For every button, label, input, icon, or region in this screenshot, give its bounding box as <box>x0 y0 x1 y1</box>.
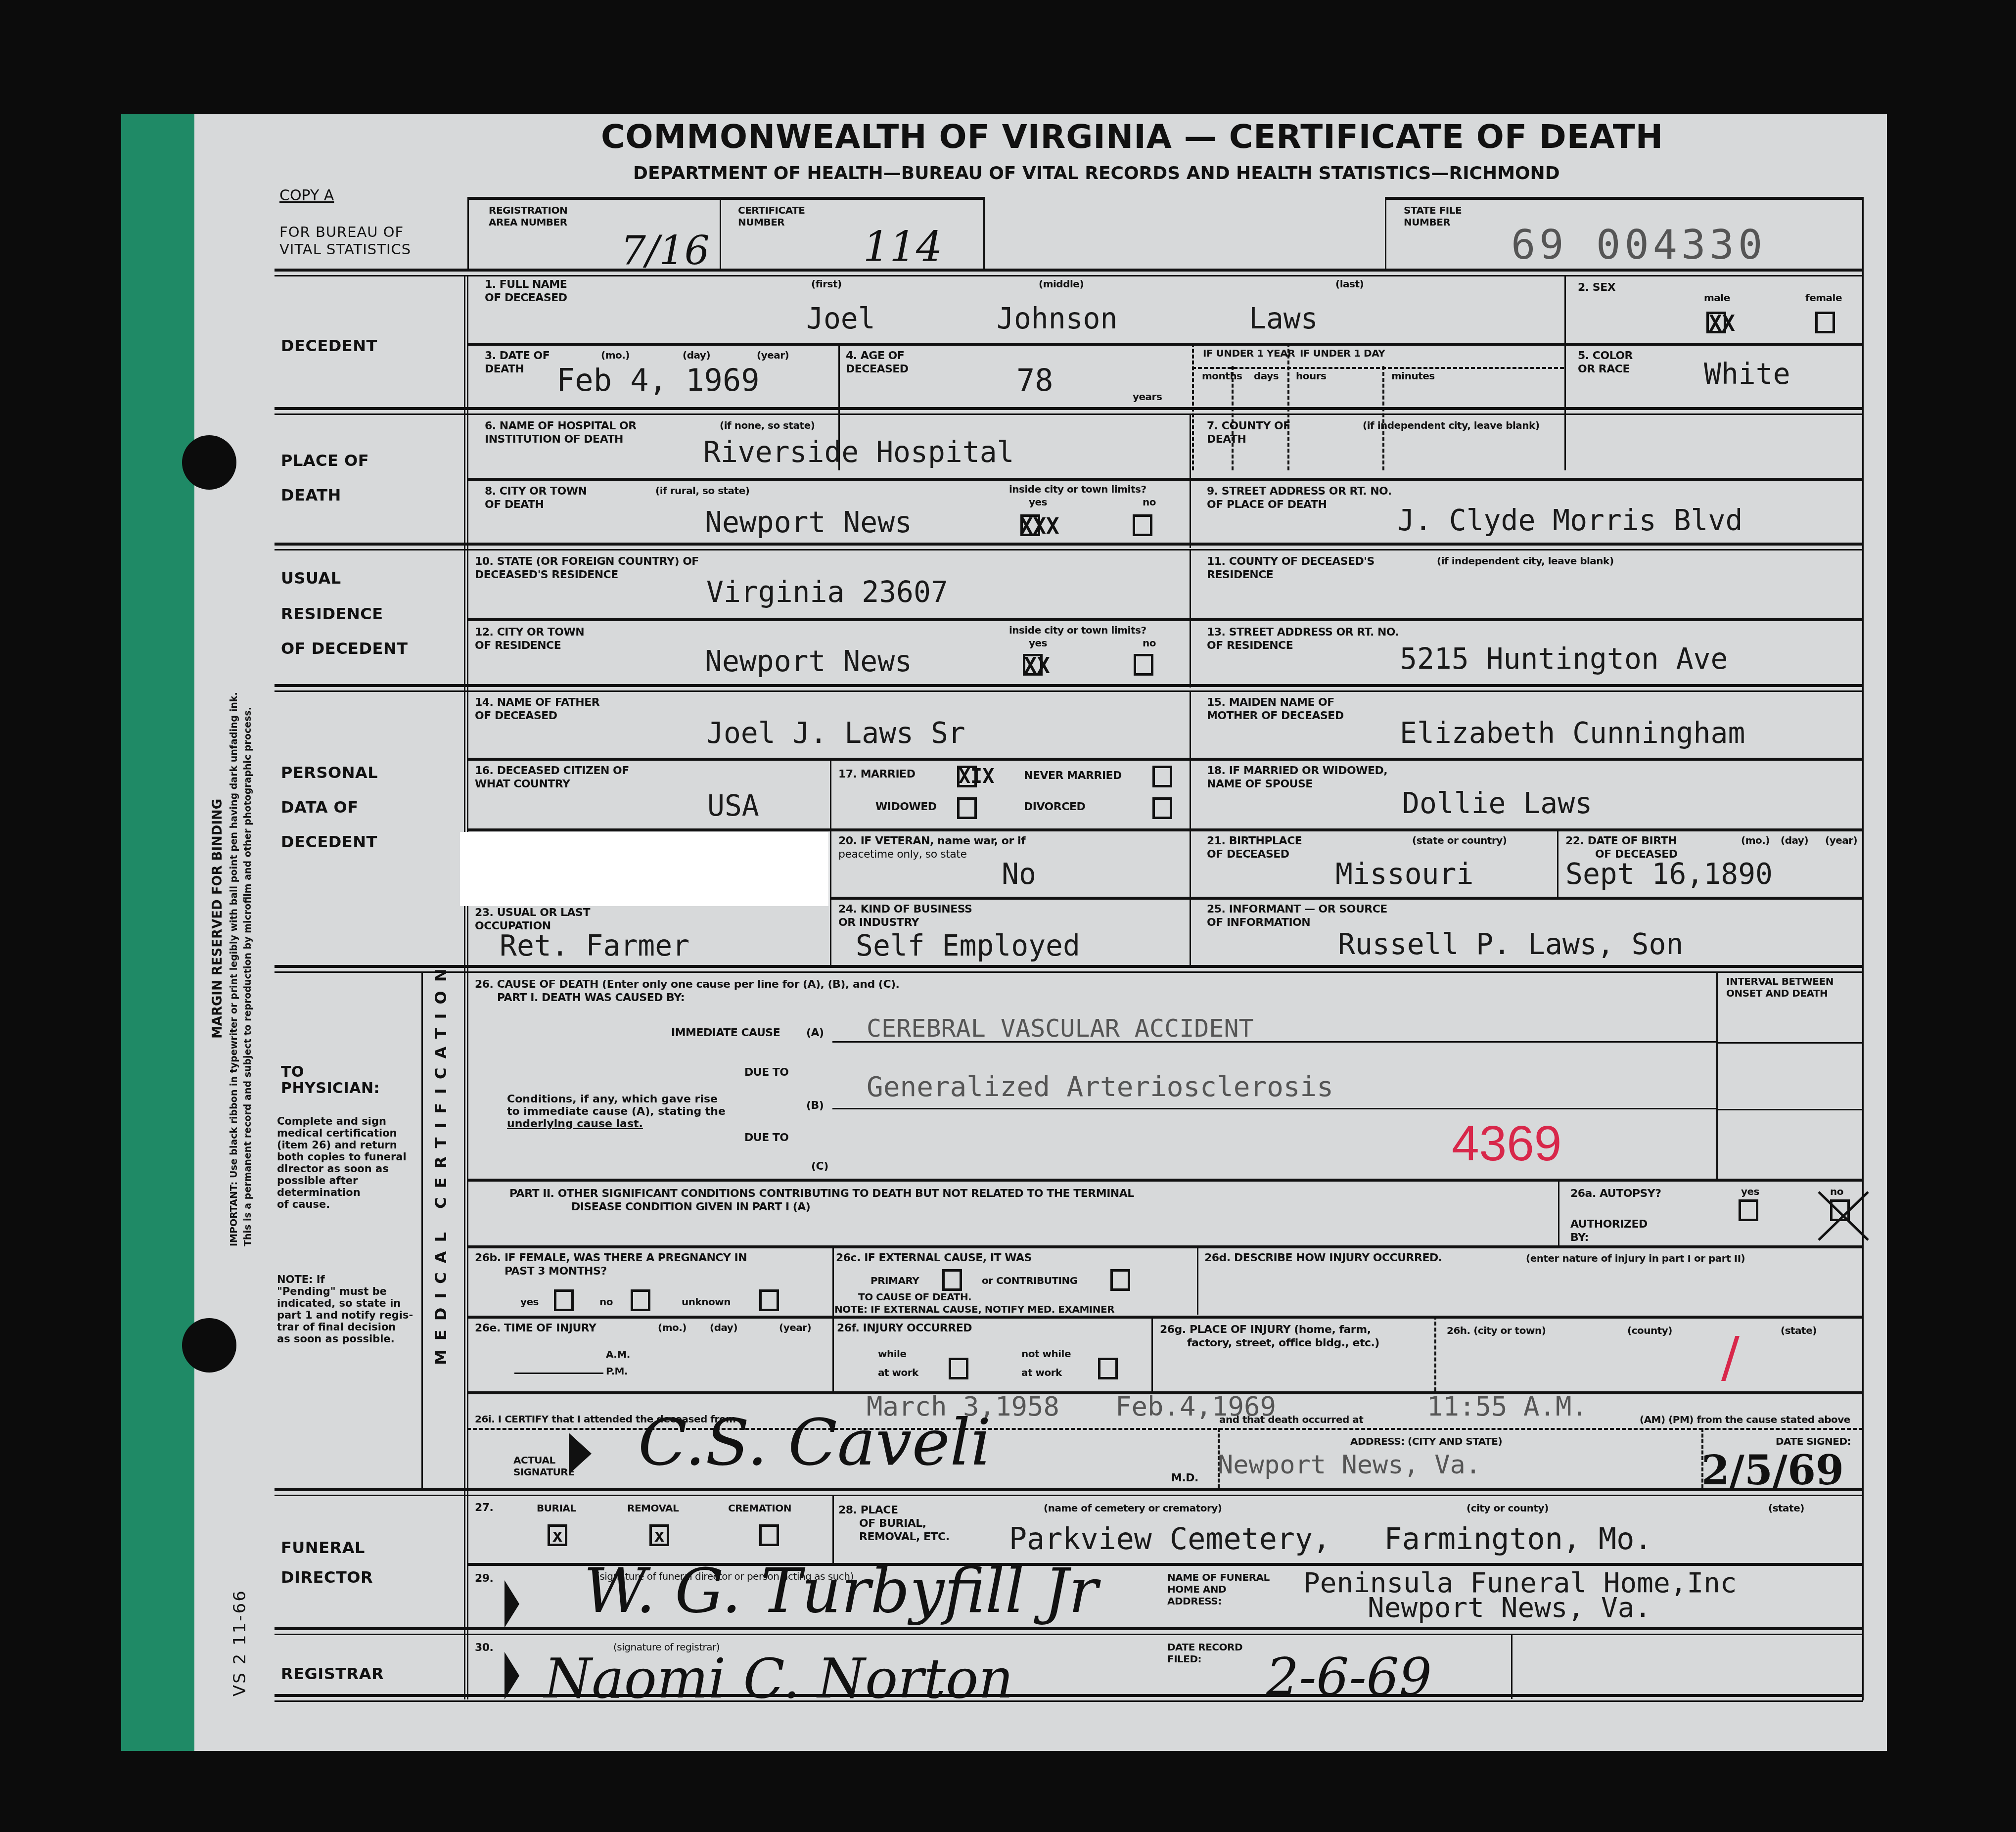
date-signed-value: 2/5/69 <box>1701 1447 1844 1494</box>
street-of-death-label: 9. STREET ADDRESS OR RT. NO.OF PLACE OF … <box>1207 485 1392 511</box>
x-mark-icon <box>1814 1188 1873 1242</box>
residence-inside-limits-yes-checkbox[interactable]: XX <box>1023 654 1043 676</box>
rule <box>275 1634 1863 1635</box>
rule <box>467 758 1863 761</box>
full-name-label: 1. FULL NAMEOF DECEASED <box>485 278 567 305</box>
section-place-of: PLACE OF <box>281 451 369 470</box>
no-label: no <box>1143 637 1156 649</box>
informant-label: 25. INFORMANT — OR SOURCEOF INFORMATION <box>1207 903 1387 929</box>
spouse-label: 18. IF MARRIED OR WIDOWED,NAME OF SPOUSE <box>1207 764 1387 791</box>
state-file-box-top <box>1385 197 1862 200</box>
registration-area-value: 7/16 <box>621 228 710 274</box>
divider <box>1151 1316 1153 1391</box>
inside-limits-no-checkbox[interactable] <box>1133 514 1152 536</box>
years-unit: years <box>1133 391 1162 403</box>
first-name-value[interactable]: Joel <box>806 302 875 335</box>
birth-year-hint: (year) <box>1825 834 1857 846</box>
rule <box>275 543 1863 546</box>
am-pm-label: (AM) (PM) from the cause stated above <box>1640 1414 1850 1425</box>
redacted-field-19 <box>460 832 828 906</box>
divorced-checkbox[interactable] <box>1152 797 1172 819</box>
days-label: days <box>1254 370 1279 382</box>
divider <box>1385 197 1386 269</box>
rule <box>275 1694 1863 1697</box>
county-residence-label: 11. COUNTY OF DECEASED'SRESIDENCE <box>1207 555 1375 582</box>
injury-year-hint: (year) <box>779 1322 811 1333</box>
certificate-title: COMMONWEALTH OF VIRGINIA — CERTIFICATE O… <box>601 118 1663 156</box>
residence-inside-limits-no-checkbox[interactable] <box>1134 654 1153 676</box>
while-at-work-checkbox[interactable] <box>949 1358 968 1379</box>
last-name-value[interactable]: Laws <box>1249 302 1318 335</box>
cause-b-line <box>832 1108 1718 1109</box>
section-to: TO <box>281 1063 304 1081</box>
primary-label: PRIMARY <box>871 1275 919 1286</box>
divider <box>1197 1245 1198 1315</box>
date-signed-label: DATE SIGNED: <box>1776 1435 1851 1447</box>
street-residence-label: 13. STREET ADDRESS OR RT. NO.OF RESIDENC… <box>1207 626 1399 652</box>
birth-mo-hint: (mo.) <box>1741 834 1770 846</box>
pregnancy-no-checkbox[interactable] <box>631 1289 650 1311</box>
green-binding-strip <box>121 114 194 1751</box>
rule <box>275 1495 1863 1496</box>
contributing-label: or CONTRIBUTING <box>982 1275 1078 1286</box>
rule <box>275 275 1863 276</box>
physician-address-value[interactable]: Newport News, Va. <box>1218 1450 1481 1480</box>
certificate-subtitle: DEPARTMENT OF HEALTH—BUREAU OF VITAL REC… <box>633 163 1560 183</box>
divider <box>1190 413 1191 548</box>
rule <box>1716 1109 1863 1110</box>
right-border <box>1862 197 1864 1700</box>
married-label: 17. MARRIED <box>838 768 915 781</box>
business-label: 24. KIND OF BUSINESSOR INDUSTRY <box>838 903 972 929</box>
street-of-death-value[interactable]: J. Clyde Morris Blvd <box>1397 504 1742 537</box>
vital-statistics-label: VITAL STATISTICS <box>279 241 411 258</box>
section-registrar: REGISTRAR <box>281 1664 384 1683</box>
widowed-label: WIDOWED <box>875 800 936 814</box>
rule <box>830 897 1863 900</box>
cremation-label: CREMATION <box>728 1502 791 1514</box>
male-checkbox[interactable]: XX <box>1706 312 1726 333</box>
external-cause-note: NOTE: IF EXTERNAL CAUSE, NOTIFY MED. EXA… <box>834 1303 1114 1315</box>
mother-value[interactable]: Elizabeth Cunningham <box>1400 716 1745 750</box>
burial-checkbox[interactable]: x <box>548 1524 567 1546</box>
divider <box>1190 690 1191 965</box>
cemetery-city-hint: (city or county) <box>1466 1502 1549 1514</box>
citizen-value[interactable]: USA <box>707 789 759 823</box>
external-cause-label: 26c. IF EXTERNAL CAUSE, IT WAS <box>836 1251 1032 1265</box>
section-residence: RESIDENCE <box>281 604 383 623</box>
autopsy-label: 26a. AUTOPSY? <box>1570 1187 1661 1200</box>
state-residence-value[interactable]: Virginia 23607 <box>706 575 948 609</box>
binding-margin-title: MARGIN RESERVED FOR BINDING <box>210 799 225 1039</box>
color-race-label: 5. COLOROR RACE <box>1578 349 1633 376</box>
divider <box>1716 971 1718 1179</box>
rule <box>467 343 1863 346</box>
medical-certification-label: MEDICAL CERTIFICATION <box>431 960 450 1365</box>
rule <box>275 549 1863 550</box>
sex-label: 2. SEX <box>1578 281 1615 294</box>
middle-name-hint: (middle) <box>1039 278 1084 290</box>
left-column-divider <box>464 275 465 1699</box>
rule <box>275 407 1863 410</box>
cause-c-letter: (C) <box>811 1160 828 1173</box>
pregnancy-unknown-label: unknown <box>682 1296 731 1308</box>
signature-arrow-icon <box>569 1433 592 1474</box>
autopsy-yes-checkbox[interactable] <box>1739 1199 1758 1221</box>
form-number: VS 2 11-66 <box>230 1589 250 1696</box>
never-married-label: NEVER MARRIED <box>1024 769 1122 782</box>
divider <box>720 197 721 269</box>
divider <box>421 971 423 1488</box>
cemetery-state-hint: (state) <box>1768 1502 1804 1514</box>
rule <box>275 1488 1863 1491</box>
date-filed-label: DATE RECORDFILED: <box>1167 1641 1242 1665</box>
divider <box>1382 366 1384 470</box>
time-of-death-value[interactable]: 11:55 A.M. <box>1427 1391 1588 1422</box>
hospital-label: 6. NAME OF HOSPITAL ORINSTITUTION OF DEA… <box>485 419 637 446</box>
rule <box>275 965 1863 968</box>
birthplace-value[interactable]: Missouri <box>1335 857 1473 891</box>
pregnancy-no-label: no <box>599 1296 613 1308</box>
divider <box>1192 343 1194 470</box>
address-label: ADDRESS: (CITY AND STATE) <box>1350 1435 1502 1447</box>
not-while-label: not whileat work <box>1021 1348 1071 1378</box>
divider <box>830 758 831 965</box>
divider <box>983 197 985 269</box>
birth-day-hint: (day) <box>1781 834 1808 846</box>
copy-label: COPY A <box>279 187 334 204</box>
place-of-burial-label: 28. PLACEOF BURIAL,REMOVAL, ETC. <box>838 1504 950 1544</box>
cause-a-value[interactable]: CEREBRAL VASCULAR ACCIDENT <box>867 1014 1254 1043</box>
signature-arrow-icon <box>504 1652 519 1699</box>
left-column-divider <box>467 275 468 1699</box>
city-of-death-hint: (if rural, so state) <box>655 485 749 497</box>
funeral-director-number: 29. <box>475 1572 493 1585</box>
yes-label: yes <box>1029 637 1047 649</box>
inside-limits-yes-checkbox[interactable]: XXX <box>1020 514 1040 536</box>
immediate-cause-label: IMMEDIATE CAUSE <box>671 1026 780 1040</box>
middle-name-value[interactable]: Johnson <box>997 302 1117 335</box>
divider <box>1511 1634 1512 1699</box>
year-hint: (year) <box>757 349 789 361</box>
cause-b-value[interactable]: Generalized Arteriosclerosis <box>867 1071 1333 1103</box>
veteran-value[interactable]: No <box>1002 857 1036 891</box>
injury-city-hint: 26h. (city or town) <box>1447 1325 1546 1336</box>
for-bureau-label: FOR BUREAU OF <box>279 224 404 240</box>
inside-limits-label: inside city or town limits? <box>1009 624 1146 636</box>
time-line <box>514 1373 603 1374</box>
divider <box>1564 275 1566 470</box>
funeral-director-signature: W. G. Turbyfill Jr <box>584 1556 1098 1627</box>
male-label: male <box>1704 292 1730 304</box>
burial-label: BURIAL <box>537 1502 576 1514</box>
cemetery-name-hint: (name of cemetery or crematory) <box>1044 1502 1222 1514</box>
months-label: months <box>1202 370 1242 382</box>
rule <box>467 1245 1863 1248</box>
last-name-hint: (last) <box>1335 278 1364 290</box>
mother-label: 15. MAIDEN NAME OFMOTHER OF DECEASED <box>1207 696 1344 723</box>
widowed-checkbox[interactable] <box>957 797 977 819</box>
section-director: DIRECTOR <box>281 1568 373 1587</box>
injury-mo-hint: (mo.) <box>658 1322 687 1333</box>
rule <box>1716 1042 1863 1044</box>
minutes-label: minutes <box>1391 370 1435 382</box>
section-death: DEATH <box>281 486 341 504</box>
to-cause-label: TO CAUSE OF DEATH. <box>858 1291 971 1303</box>
date-of-death-value[interactable]: Feb 4, 1969 <box>556 362 760 398</box>
section-funeral: FUNERAL <box>281 1538 365 1557</box>
no-label: no <box>1143 496 1156 508</box>
date-of-death-label: 3. DATE OFDEATH <box>485 349 550 376</box>
age-value[interactable]: 78 <box>1016 362 1054 398</box>
rule <box>467 828 1863 831</box>
divorced-label: DIVORCED <box>1024 800 1085 814</box>
pregnancy-label: 26b. IF FEMALE, WAS THERE A PREGNANCY IN… <box>475 1251 747 1278</box>
rule <box>467 618 1863 621</box>
pregnancy-unknown-checkbox[interactable] <box>759 1289 779 1311</box>
business-value[interactable]: Self Employed <box>856 929 1080 962</box>
certificate-number-label: CERTIFICATENUMBER <box>738 204 805 228</box>
birthplace-label: 21. BIRTHPLACEOF DECEASED <box>1207 834 1302 861</box>
divider <box>832 1495 834 1564</box>
divider <box>1558 1179 1559 1245</box>
registration-area-label: REGISTRATIONAREA NUMBER <box>489 204 567 228</box>
pending-note: NOTE: If"Pending" must beindicated, so s… <box>277 1274 413 1345</box>
yes-label: yes <box>1029 496 1047 508</box>
rule <box>275 1627 1863 1630</box>
funeral-home-label: NAME OF FUNERALHOME ANDADDRESS: <box>1167 1571 1270 1607</box>
city-residence-value[interactable]: Newport News <box>705 644 912 678</box>
place-of-burial-value[interactable]: Parkview Cemetery, Farmington, Mo. <box>1009 1522 1652 1557</box>
occupation-value[interactable]: Ret. Farmer <box>500 929 689 962</box>
birth-date-value[interactable]: Sept 16,1890 <box>1565 857 1773 891</box>
spouse-value[interactable]: Dollie Laws <box>1402 786 1592 820</box>
section-physician: PHYSICIAN: <box>281 1080 380 1097</box>
rule <box>275 690 1863 692</box>
rule <box>467 1179 1863 1182</box>
under-day-label: IF UNDER 1 DAY <box>1300 347 1385 359</box>
removal-label: REMOVAL <box>627 1502 679 1514</box>
section-decedent-personal: DECEDENT <box>281 832 377 851</box>
divider <box>1192 367 1564 369</box>
mo-hint: (mo.) <box>601 349 630 361</box>
actual-signature-label: ACTUALSIGNATURE <box>513 1454 574 1478</box>
registrar-number: 30. <box>475 1641 493 1654</box>
section-data-of: DATA OF <box>281 798 359 817</box>
place-of-injury-label: 26g. PLACE OF INJURY (home, farm,factory… <box>1160 1323 1379 1350</box>
citizen-label: 16. DECEASED CITIZEN OFWHAT COUNTRY <box>475 764 629 791</box>
divider <box>1557 828 1558 898</box>
funeral-home-address[interactable]: Newport News, Va. <box>1368 1592 1651 1624</box>
age-label: 4. AGE OFDECEASED <box>846 349 909 376</box>
inside-limits-label: inside city or town limits? <box>1009 483 1146 495</box>
county-of-death-hint: (if independent city, leave blank) <box>1363 419 1540 431</box>
rule <box>275 413 1863 415</box>
divider <box>1434 1316 1436 1391</box>
part-2-label: PART II. OTHER SIGNIFICANT CONDITIONS CO… <box>509 1187 1134 1214</box>
header-box-top <box>467 197 984 200</box>
state-file-number: 69 004330 <box>1511 222 1766 269</box>
date-filed-value: 2-6-69 <box>1266 1647 1432 1707</box>
father-label: 14. NAME OF FATHEROF DECEASED <box>475 696 599 723</box>
veteran-label: 20. IF VETERAN, name war, or ifpeacetime… <box>838 834 1025 861</box>
day-hint: (day) <box>683 349 710 361</box>
binding-instruction-1: IMPORTANT: Use black ribbon in typewrite… <box>229 692 239 1246</box>
section-of-decedent: OF DECEDENT <box>281 639 408 658</box>
city-of-death-value[interactable]: Newport News <box>705 505 912 539</box>
cause-b-letter: (B) <box>806 1099 824 1112</box>
death-occurred-label: and that death occurred at <box>1219 1414 1363 1425</box>
signature-arrow-icon <box>504 1580 519 1628</box>
section-usual: USUAL <box>281 569 341 588</box>
rule <box>275 971 1863 973</box>
rule <box>467 1316 1863 1319</box>
first-name-hint: (first) <box>811 278 842 290</box>
city-of-death-label: 8. CITY OR TOWNOF DEATH <box>485 485 587 511</box>
section-decedent: DECEDENT <box>281 336 377 355</box>
state-residence-label: 10. STATE (OR FOREIGN COUNTRY) OFDECEASE… <box>475 555 699 582</box>
rule <box>275 684 1863 687</box>
state-file-label: STATE FILENUMBER <box>1404 204 1462 228</box>
rule <box>467 478 1863 481</box>
rule <box>275 269 1863 272</box>
cremation-checkbox[interactable] <box>759 1524 779 1546</box>
injury-day-hint: (day) <box>710 1322 737 1333</box>
pregnancy-yes-checkbox[interactable] <box>554 1289 574 1311</box>
hospital-value[interactable]: Riverside Hospital <box>703 435 1014 469</box>
female-label: female <box>1805 292 1842 304</box>
autopsy-no-checkbox[interactable] <box>1830 1199 1850 1221</box>
street-residence-value[interactable]: 5215 Huntington Ave <box>1400 642 1728 676</box>
female-checkbox[interactable] <box>1815 312 1835 333</box>
primary-checkbox[interactable] <box>942 1269 962 1291</box>
injury-county-hint: (county) <box>1627 1325 1672 1336</box>
divider <box>1287 343 1289 470</box>
red-check-mark: / <box>1721 1326 1740 1389</box>
due-to-label-2: DUE TO <box>744 1131 789 1145</box>
county-residence-hint: (if independent city, leave blank) <box>1437 555 1614 567</box>
describe-injury-label: 26d. DESCRIBE HOW INJURY OCCURRED. <box>1204 1251 1442 1265</box>
section-personal: PERSONAL <box>281 763 378 782</box>
am-label: A.M. <box>606 1348 630 1360</box>
contributing-checkbox[interactable] <box>1110 1269 1130 1291</box>
removal-checkbox[interactable]: x <box>649 1524 669 1546</box>
city-residence-label: 12. CITY OR TOWNOF RESIDENCE <box>475 626 584 652</box>
pregnancy-yes-label: yes <box>520 1296 539 1308</box>
under-year-label: IF UNDER 1 YEAR <box>1203 347 1295 359</box>
interval-label: INTERVAL BETWEENONSET AND DEATH <box>1726 975 1833 999</box>
binding-instruction-2: This is a permanent record and subject t… <box>242 707 253 1246</box>
married-checkbox[interactable]: XIX <box>957 766 977 787</box>
while-label: whileat work <box>878 1348 918 1378</box>
disposition-label: 27. <box>475 1501 493 1514</box>
father-value[interactable]: Joel J. Laws Sr <box>706 716 965 750</box>
rule <box>275 1700 1863 1702</box>
conditions-note: Conditions, if any, which gave riseto im… <box>507 1093 726 1130</box>
due-to-label: DUE TO <box>744 1066 789 1079</box>
informant-value[interactable]: Russell P. Laws, Son <box>1338 927 1683 961</box>
not-while-at-work-checkbox[interactable] <box>1098 1358 1118 1379</box>
birthplace-hint: (state or country) <box>1412 834 1507 846</box>
describe-injury-hint: (enter nature of injury in part I or par… <box>1526 1252 1745 1264</box>
md-label: M.D. <box>1171 1471 1198 1485</box>
divider <box>467 197 469 269</box>
autopsy-yes-label: yes <box>1741 1186 1759 1197</box>
cause-of-death-label: 26. CAUSE OF DEATH (Enter only one cause… <box>475 978 899 1005</box>
punch-hole <box>182 1318 236 1373</box>
hours-label: hours <box>1296 370 1326 382</box>
color-race-value[interactable]: White <box>1704 357 1790 391</box>
never-married-checkbox[interactable] <box>1152 766 1172 787</box>
injury-state-hint: (state) <box>1781 1325 1817 1336</box>
county-of-death-label: 7. COUNTY OFDEATH <box>1207 419 1290 446</box>
pm-label: P.M. <box>606 1365 628 1377</box>
injury-occurred-label: 26f. INJURY OCCURRED <box>837 1322 972 1335</box>
punch-hole <box>182 435 236 490</box>
physician-instructions: Complete and signmedical certification(i… <box>277 1115 407 1210</box>
physician-signature: C.S. Caveli <box>638 1405 991 1480</box>
authorized-by-label: AUTHORIZEDBY: <box>1570 1218 1648 1244</box>
cause-a-letter: (A) <box>806 1026 824 1040</box>
time-of-injury-label: 26e. TIME OF INJURY <box>475 1322 596 1335</box>
certificate-number-value: 114 <box>863 223 942 271</box>
red-cause-code: 4369 <box>1452 1115 1561 1172</box>
hospital-hint: (if none, so state) <box>720 419 815 431</box>
